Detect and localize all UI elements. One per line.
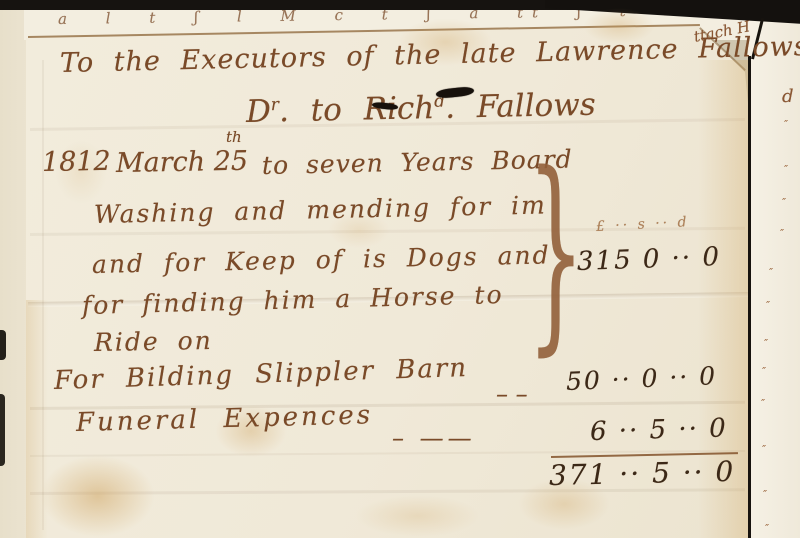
paper-aging-band-left bbox=[26, 300, 48, 538]
page-fold-seam bbox=[748, 56, 751, 538]
scan-edge-left-mark bbox=[0, 394, 5, 466]
total-amount: 371 ·· 5 ·· 0 bbox=[549, 455, 736, 492]
entry-date: March 25 bbox=[116, 146, 249, 179]
item3-dash: – —— bbox=[392, 424, 476, 452]
entry-date-superscript: th bbox=[226, 128, 242, 146]
debtor-line: Dr. to Richd. Fallows bbox=[246, 87, 596, 130]
debtor-part: D bbox=[246, 93, 272, 130]
item1-line5: Ride on bbox=[94, 326, 213, 357]
side-column-header: d bbox=[782, 86, 794, 107]
paper-stain bbox=[355, 495, 480, 537]
paper-stain bbox=[40, 455, 155, 537]
item3-amount: 6 ·· 5 ·· 0 bbox=[590, 413, 728, 447]
scan-edge-left-mark bbox=[0, 330, 6, 360]
scanned-document: a l t ʃ l M c t ʃ a tt ʃ t M ʃ To the Ex… bbox=[0, 0, 800, 538]
item2-amount: 50 ·· 0 ·· 0 bbox=[565, 361, 717, 396]
item1-amount: 315 0 ·· 0 bbox=[576, 242, 721, 277]
debtor-part: . to Rich bbox=[279, 90, 435, 129]
entry-year: 1812 bbox=[42, 146, 111, 178]
item2-dash: – – bbox=[496, 380, 528, 408]
